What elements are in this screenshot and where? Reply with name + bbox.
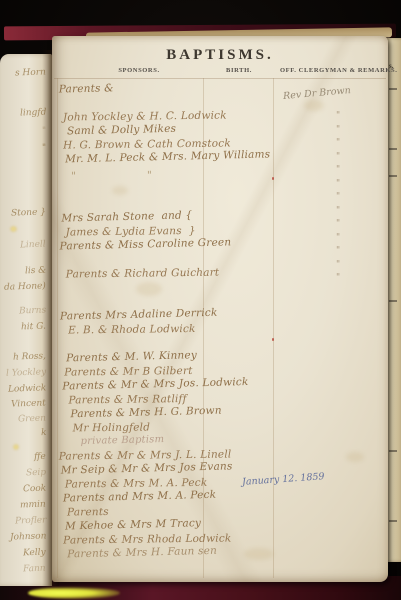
left-page-text-fragment: Stone } (11, 207, 46, 218)
bottom-highlight (28, 587, 120, 599)
left-page-text-fragment: Vincent (11, 398, 46, 409)
register-row: Parents & (57, 77, 285, 97)
page-edge-mark (389, 148, 397, 150)
page-edge-mark (389, 88, 397, 90)
left-page-text-fragment: da Hone) (4, 281, 46, 292)
paper-stain (304, 100, 324, 111)
column-header-sponsors: SPONSORS. (74, 67, 204, 74)
page-title: BAPTISMS. (52, 47, 388, 64)
left-page-text-fragment: l Yockley (6, 367, 46, 378)
red-ink-mark (272, 338, 274, 341)
left-page-text-fragment: Johnson (9, 531, 46, 542)
book-photo: s. s Horn lingfd " " Stone } Linell lis … (0, 0, 401, 600)
register-row-ditto: " " (57, 167, 285, 184)
foxing-spot (13, 444, 19, 450)
paper-stain (136, 282, 162, 296)
paper-stain (346, 452, 364, 462)
column-header-birth: BIRTH. (204, 67, 274, 74)
register-row: Parents & Richard Guichart (58, 265, 286, 282)
clergyman-ditto-marks: " " " " " " " " " " " " " (336, 110, 340, 286)
register-row: E. B. & Rhoda Lodwick (58, 321, 286, 338)
register-page: BAPTISMS. SPONSORS. BIRTH. OFF. CLERGYMA… (52, 36, 388, 582)
red-ink-mark (272, 177, 274, 180)
page-edge-mark (389, 300, 397, 302)
paper-stain (244, 548, 274, 560)
sponsors-entries: Parents & John Yockley & H. C. Lodwick S… (57, 81, 288, 561)
page-edge-mark (389, 175, 397, 177)
paper-stain (112, 186, 128, 195)
page-edge-mark (389, 520, 397, 522)
left-page-text-fragment: Lodwick (8, 383, 47, 394)
page-edge-mark (389, 450, 397, 452)
column-header-clergyman: OFF. CLERGYMAN & REMARKS. (280, 67, 384, 74)
foxing-spot (10, 226, 17, 232)
